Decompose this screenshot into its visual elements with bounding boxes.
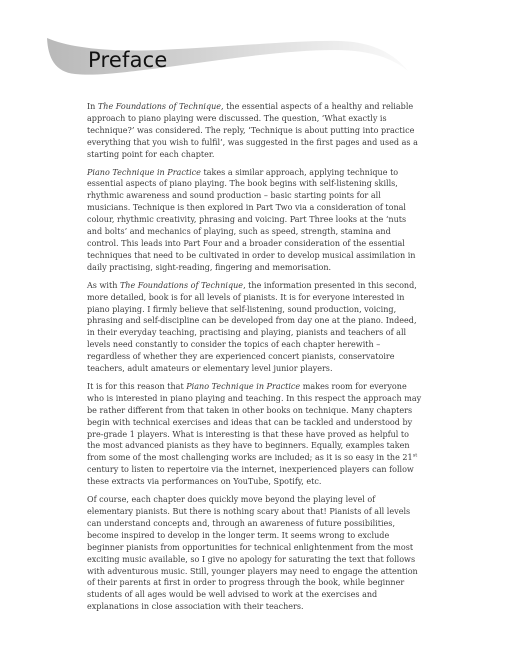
book-title: The Foundations of Technique	[98, 102, 221, 111]
ordinal-suffix: st	[413, 453, 418, 459]
title-banner: Preface	[0, 0, 512, 90]
text-run: , the information presented in this seco…	[87, 281, 417, 373]
paragraph: Piano Technique in Practice takes a simi…	[87, 167, 423, 274]
book-title: Piano Technique in Practice	[186, 382, 300, 391]
book-title: Piano Technique in Practice	[87, 168, 201, 177]
text-run: It is for this reason that	[87, 382, 186, 391]
page-title: Preface	[88, 48, 168, 72]
text-run: In	[87, 102, 98, 111]
text-run: makes room for everyone who is intereste…	[87, 382, 421, 462]
swoosh-decoration	[0, 0, 512, 90]
paragraph: In The Foundations of Technique, the ess…	[87, 101, 423, 161]
paragraph: As with The Foundations of Technique, th…	[87, 280, 423, 375]
preface-body: In The Foundations of Technique, the ess…	[87, 101, 423, 619]
book-title: The Foundations of Technique	[120, 281, 243, 290]
text-run: As with	[87, 281, 120, 290]
text-run: takes a similar approach, applying techn…	[87, 168, 415, 272]
paragraph: Of course, each chapter does quickly mov…	[87, 494, 423, 613]
text-run: Of course, each chapter does quickly mov…	[87, 495, 418, 611]
paragraph: It is for this reason that Piano Techniq…	[87, 381, 423, 488]
text-run: century to listen to repertoire via the …	[87, 465, 414, 486]
